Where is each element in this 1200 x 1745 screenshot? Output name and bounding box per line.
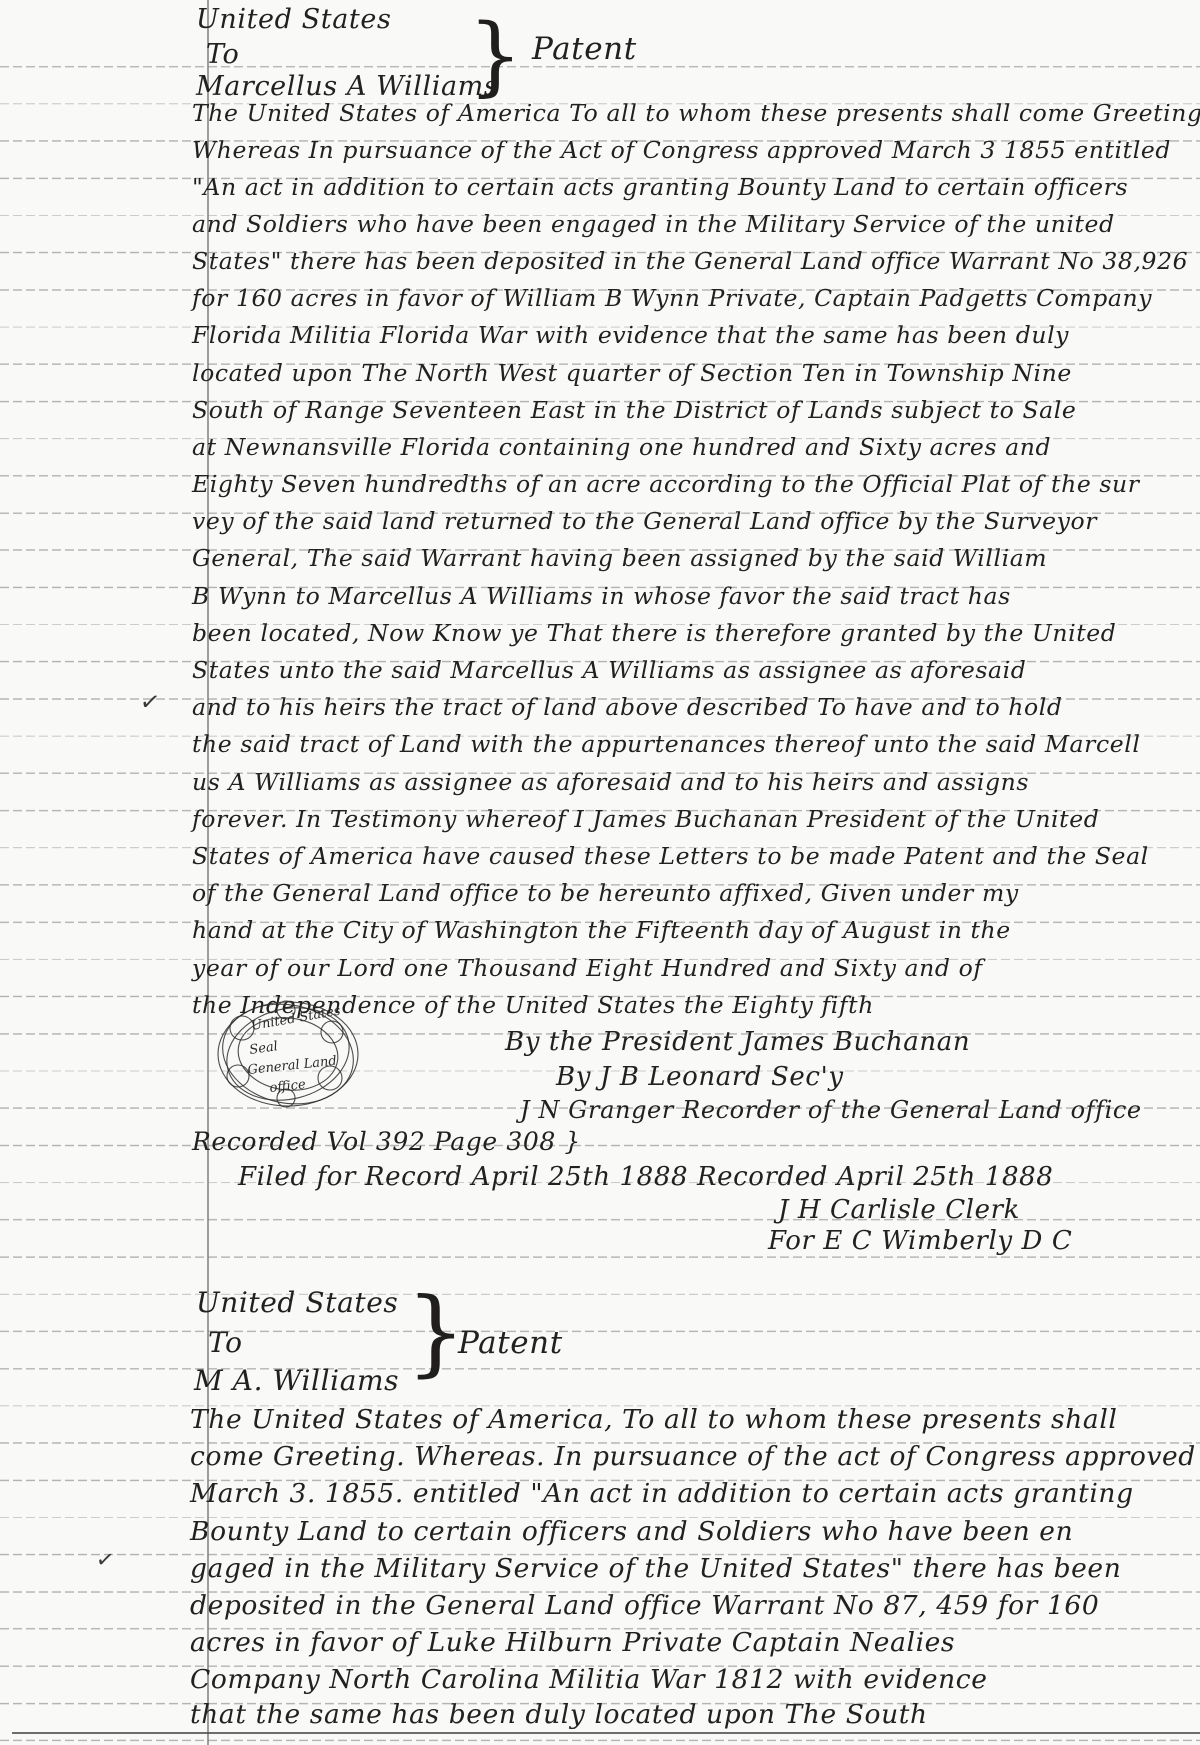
- body-line: us A Williams as assignee as aforesaid a…: [192, 770, 1029, 796]
- deputy-clerk-signature-line: For E C Wimberly D C: [768, 1227, 1072, 1256]
- record1-brace: }: [468, 16, 523, 98]
- body-line: acres in favor of Luke Hilburn Private C…: [190, 1628, 955, 1657]
- secretary-signature-line: By J B Leonard Sec'y: [556, 1063, 844, 1092]
- margin-check-icon: ✓: [138, 687, 162, 718]
- body-line: March 3. 1855. entitled "An act in addit…: [190, 1479, 1134, 1508]
- seal-text-line3: General Land: [247, 1054, 338, 1078]
- body-line: at Newnansville Florida containing one h…: [192, 435, 1051, 461]
- record2-brace: }: [406, 1288, 466, 1377]
- record1-to-label: To: [206, 40, 239, 70]
- margin-check-icon: ✓: [94, 1547, 116, 1574]
- body-line: Bounty Land to certain officers and Sold…: [190, 1517, 1073, 1546]
- clerk-signature-line: J H Carlisle Clerk: [778, 1196, 1020, 1225]
- body-line: forever. In Testimony whereof I James Bu…: [192, 807, 1099, 833]
- body-line: located upon The North West quarter of S…: [192, 361, 1072, 387]
- record2-grantor: United States: [196, 1288, 398, 1319]
- body-line: B Wynn to Marcellus A Williams in whose …: [192, 584, 1011, 610]
- record1-grantee: Marcellus A Williams: [196, 72, 498, 102]
- document-page: United States To Marcellus A Williams } …: [0, 0, 1200, 1745]
- body-line: Eighty Seven hundredths of an acre accor…: [192, 472, 1140, 498]
- filed-for-record-line: Filed for Record April 25th 1888 Recorde…: [238, 1163, 1053, 1192]
- body-line: and to his heirs the tract of land above…: [192, 695, 1063, 721]
- body-line: that the same has been duly located upon…: [190, 1700, 928, 1729]
- body-line: South of Range Seventeen East in the Dis…: [192, 398, 1076, 424]
- body-line: States" there has been deposited in the …: [192, 249, 1188, 275]
- body-line: for 160 acres in favor of William B Wynn…: [192, 286, 1152, 312]
- body-line: The United States of America, To all to …: [190, 1405, 1117, 1434]
- body-line: been located, Now Know ye That there is …: [192, 621, 1116, 647]
- body-line: deposited in the General Land office War…: [190, 1591, 1099, 1620]
- body-line: States unto the said Marcellus A William…: [192, 658, 1026, 684]
- body-line: come Greeting. Whereas. In pursuance of …: [190, 1442, 1196, 1471]
- seal-text-line4: office: [269, 1077, 307, 1096]
- body-line: General, The said Warrant having been as…: [192, 546, 1047, 572]
- president-signature-line: By the President James Buchanan: [505, 1028, 970, 1057]
- record2-grantee: M A. Williams: [194, 1366, 399, 1397]
- record2-doc-type: Patent: [458, 1326, 563, 1360]
- body-line: the said tract of Land with the appurten…: [192, 732, 1140, 758]
- seal-text-line2: Seal: [248, 1039, 278, 1058]
- bottom-rule-line: [12, 1732, 1200, 1734]
- general-land-office-seal: United States Seal General Land office: [212, 998, 364, 1110]
- body-line: Whereas In pursuance of the Act of Congr…: [192, 138, 1171, 164]
- body-line: hand at the City of Washington the Fifte…: [192, 918, 1011, 944]
- body-line: The United States of America To all to w…: [192, 101, 1200, 127]
- body-line: gaged in the Military Service of the Uni…: [190, 1554, 1121, 1583]
- record1-grantor: United States: [196, 5, 391, 35]
- body-line: and Soldiers who have been engaged in th…: [192, 212, 1115, 238]
- recorder-signature-line: J N Granger Recorder of the General Land…: [520, 1097, 1142, 1123]
- body-line: year of our Lord one Thousand Eight Hund…: [192, 956, 983, 982]
- body-line: States of America have caused these Lett…: [192, 844, 1149, 870]
- body-line: Florida Militia Florida War with evidenc…: [192, 323, 1069, 349]
- body-line: Company North Carolina Militia War 1812 …: [190, 1665, 988, 1694]
- recorded-volume-line: Recorded Vol 392 Page 308 }: [192, 1128, 581, 1156]
- body-line: vey of the said land returned to the Gen…: [192, 509, 1097, 535]
- body-line: of the General Land office to be hereunt…: [192, 881, 1019, 907]
- record1-doc-type: Patent: [532, 32, 637, 66]
- body-line: "An act in addition to certain acts gran…: [192, 175, 1128, 201]
- record2-to-label: To: [208, 1328, 243, 1359]
